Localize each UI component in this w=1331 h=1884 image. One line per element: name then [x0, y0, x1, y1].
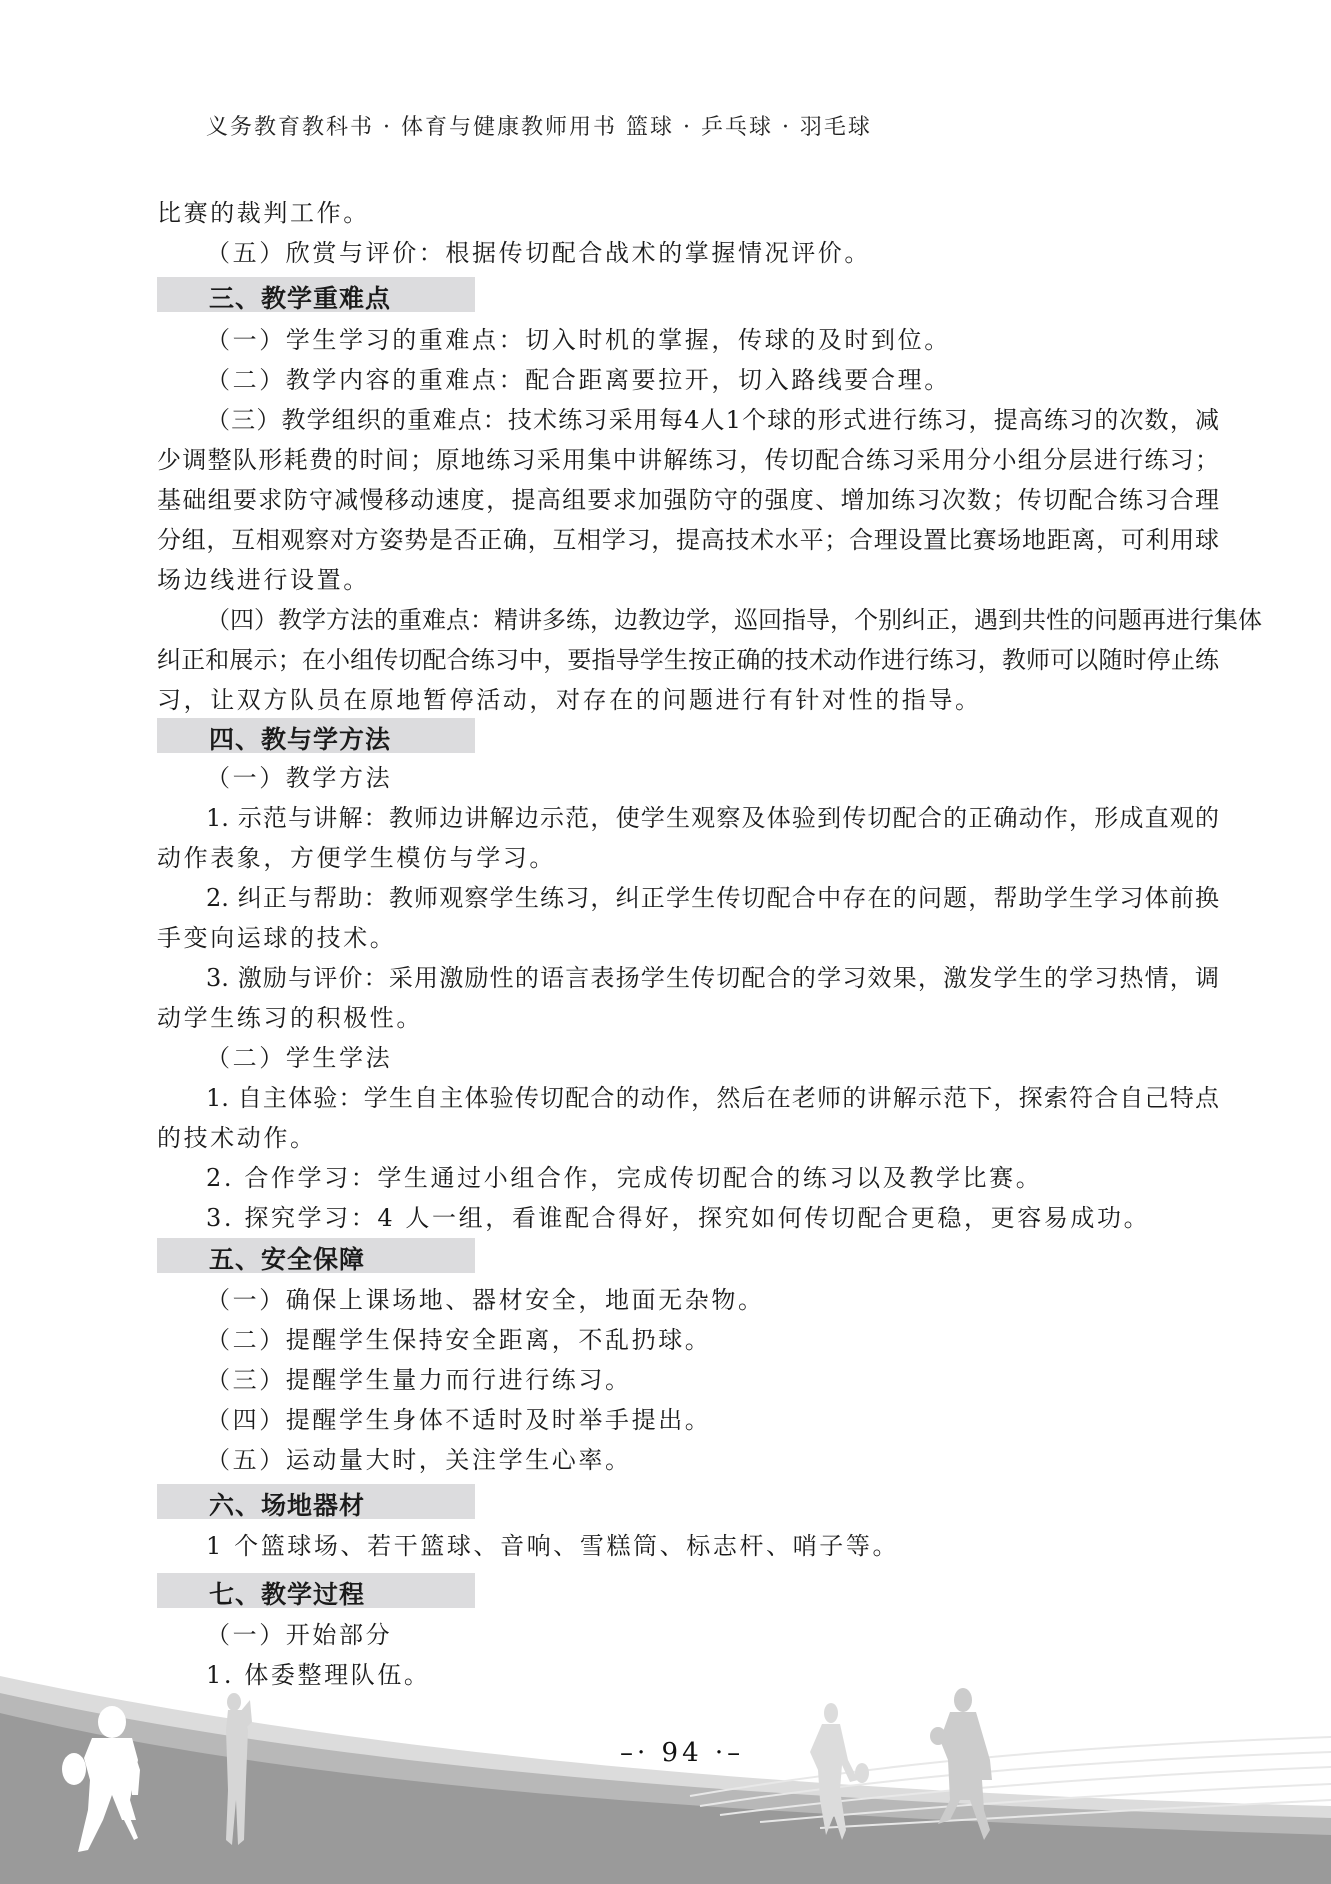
paragraph-line: （四）提醒学生身体不适时及时举手提出。: [206, 1404, 1219, 1436]
paragraph-line: 的技术动作。: [157, 1122, 1219, 1154]
paragraph-line: 分组，互相观察对方姿势是否正确，互相学习，提高技术水平；合理设置比赛场地距离，可…: [157, 524, 1219, 556]
section-heading-text: 六、场地器材: [209, 1486, 365, 1522]
section-heading-text: 七、教学过程: [209, 1575, 365, 1611]
page-number: –· 94 ·–: [620, 1738, 744, 1768]
paragraph-line: 基础组要求防守减慢移动速度，提高组要求加强防守的强度、增加练习次数；传切配合练习…: [157, 484, 1219, 516]
paragraph-line: 2. 纠正与帮助：教师观察学生练习，纠正学生传切配合中存在的问题，帮助学生学习体…: [206, 882, 1219, 914]
paragraph-line: （一）教学方法: [206, 762, 1219, 794]
page-header: 义务教育教科书 · 体育与健康教师用书 篮球 · 乒乓球 · 羽毛球: [206, 110, 872, 141]
section-heading-4: 四、教与学方法: [157, 718, 475, 753]
paragraph-line: 动作表象，方便学生模仿与学习。: [157, 842, 1219, 874]
paragraph-line: （二）提醒学生保持安全距离，不乱扔球。: [206, 1324, 1219, 1356]
section-heading-7: 七、教学过程: [157, 1573, 475, 1608]
paragraph-line: （一）学生学习的重难点：切入时机的掌握，传球的及时到位。: [206, 324, 1219, 356]
paragraph-line: 手变向运球的技术。: [157, 922, 1219, 954]
paragraph-line: 场边线进行设置。: [157, 564, 1219, 596]
section-heading-text: 五、安全保障: [209, 1240, 365, 1276]
paragraph-line: （二）学生学法: [206, 1042, 1219, 1074]
paragraph-line: 3. 探究学习：4 人一组，看谁配合得好，探究如何传切配合更稳，更容易成功。: [206, 1202, 1219, 1234]
paragraph-line: （五）欣赏与评价：根据传切配合战术的掌握情况评价。: [206, 237, 1219, 269]
paragraph-line: 3. 激励与评价：采用激励性的语言表扬学生传切配合的学习效果，激发学生的学习热情…: [206, 962, 1219, 994]
paragraph-line: （四）教学方法的重难点：精讲多练，边教边学，巡回指导，个别纠正，遇到共性的问题再…: [206, 604, 1219, 636]
paragraph-line: 习，让双方队员在原地暂停活动，对存在的问题进行有针对性的指导。: [157, 684, 1219, 716]
paragraph-line: 纠正和展示；在小组传切配合练习中，要指导学生按正确的技术动作进行练习，教师可以随…: [157, 644, 1219, 676]
section-heading-text: 三、教学重难点: [209, 279, 391, 315]
paragraph-line: 1 个篮球场、若干篮球、音响、雪糕筒、标志杆、哨子等。: [206, 1530, 1219, 1562]
section-heading-text: 四、教与学方法: [209, 720, 391, 756]
paragraph-line: （三）提醒学生量力而行进行练习。: [206, 1364, 1219, 1396]
section-heading-5: 五、安全保障: [157, 1238, 475, 1273]
paragraph-line: （三）教学组织的重难点：技术练习采用每4人1个球的形式进行练习，提高练习的次数，…: [206, 404, 1219, 436]
section-heading-3: 三、教学重难点: [157, 277, 475, 312]
paragraph-line: 2. 合作学习：学生通过小组合作，完成传切配合的练习以及教学比赛。: [206, 1162, 1219, 1194]
paragraph-line: 1. 示范与讲解：教师边讲解边示范，使学生观察及体验到传切配合的正确动作，形成直…: [206, 802, 1219, 834]
paragraph-line: 比赛的裁判工作。: [157, 197, 1219, 229]
paragraph-line: （二）教学内容的重难点：配合距离要拉开，切入路线要合理。: [206, 364, 1219, 396]
paragraph-line: （五）运动量大时，关注学生心率。: [206, 1444, 1219, 1476]
paragraph-line: （一）确保上课场地、器材安全，地面无杂物。: [206, 1284, 1219, 1316]
section-heading-6: 六、场地器材: [157, 1484, 475, 1519]
paragraph-line: 1. 自主体验：学生自主体验传切配合的动作，然后在老师的讲解示范下，探索符合自己…: [206, 1082, 1219, 1114]
paragraph-line: 少调整队形耗费的时间；原地练习采用集中讲解练习，传切配合练习采用分小组分层进行练…: [157, 444, 1219, 476]
paragraph-line: 动学生练习的积极性。: [157, 1002, 1219, 1034]
